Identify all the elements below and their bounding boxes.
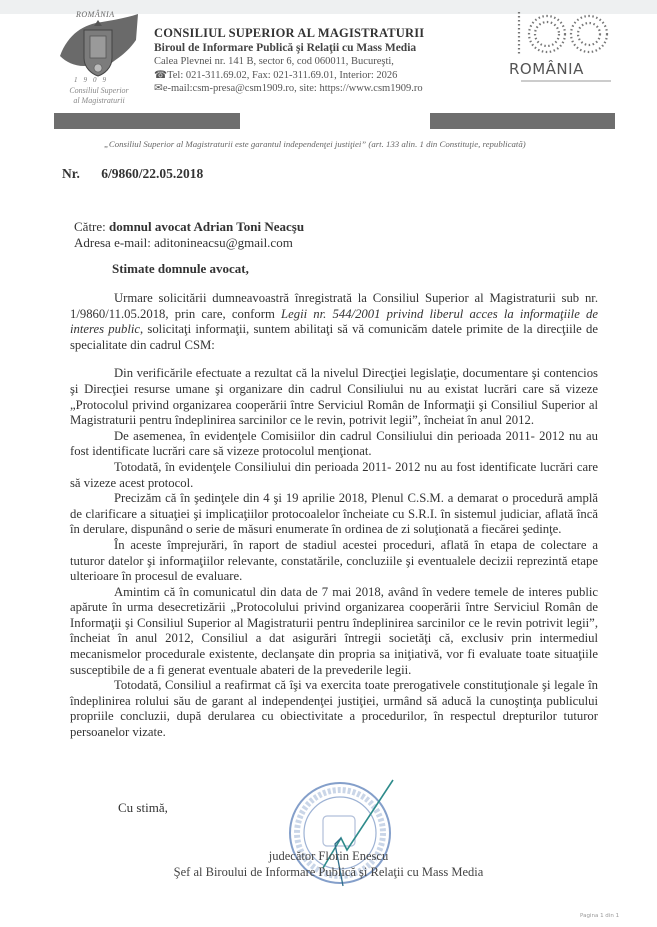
csm-logo: ROMÂNIA 1909 Consiliul Superior al Magis… [54, 6, 144, 112]
email-text: e-mail:csm-presa@csm1909.ro, site: https… [163, 83, 423, 94]
paragraph-communique: Amintim că în comunicatul din data de 7 … [70, 585, 598, 679]
salutation: Stimate domnule avocat, [112, 261, 249, 277]
paragraph-reaffirmation: Totodată, Consiliul a reafirmat că îşi v… [70, 678, 598, 740]
redaction-bar-right [430, 113, 615, 129]
paragraph-council-records: Totodată, în evidenţele Consiliului din … [70, 460, 598, 491]
email-line: ✉e-mail:csm-presa@csm1909.ro, site: http… [154, 82, 424, 96]
motto: „Consiliul Superior al Magistraturii est… [104, 139, 526, 149]
paragraph-procedure-stage: În aceste împrejurări, în raport de stad… [70, 538, 598, 585]
paragraph-plenary: Precizăm că în şedinţele din 4 şi 19 apr… [70, 491, 598, 538]
address: Calea Plevnei nr. 141 B, sector 6, cod 0… [154, 55, 424, 69]
email-icon: ✉ [154, 83, 163, 94]
paragraph-commissions: De asemenea, în evidenţele Comisiilor di… [70, 429, 598, 460]
redaction-bar-left [54, 113, 240, 129]
logo-org-line1: Consiliul Superior [54, 86, 144, 95]
letter-body: Urmare solicitării dumneavoastră înregis… [70, 291, 598, 741]
signatory-name: judecător Florin Enescu [0, 849, 657, 864]
reference-label: Nr. [62, 166, 80, 181]
letterhead: CONSILIUL SUPERIOR AL MAGISTRATURII Biro… [154, 26, 424, 96]
reference-value: 6/9860/22.05.2018 [101, 166, 203, 181]
recipient-email: Adresa e-mail: aditonineacsu@gmail.com [74, 235, 304, 251]
romania-centenary-logo: ROMÂNIA [505, 8, 625, 88]
closing: Cu stimă, [118, 800, 168, 816]
logo-org-line2: al Magistraturii [54, 96, 144, 105]
phone-icon: ☎ [154, 70, 167, 81]
phone-line: ☎Tel: 021-311.69.02, Fax: 021-311.69.01,… [154, 69, 424, 83]
page-number: Pagina 1 din 1 [580, 913, 619, 919]
paragraph-verification: Din verificările efectuate a rezultat că… [70, 366, 598, 428]
paragraph-request: Urmare solicitării dumneavoastră înregis… [70, 291, 598, 353]
recipient-block: Către: domnul avocat Adrian Toni Neacşu … [74, 219, 304, 251]
reference-number: Nr. 6/9860/22.05.2018 [62, 166, 203, 182]
centenary-tagline [521, 80, 611, 82]
phone-text: Tel: 021-311.69.02, Fax: 021-311.69.01, … [167, 70, 397, 81]
logo-year: 1909 [74, 76, 112, 84]
centenary-100-icon [505, 8, 625, 60]
institution-title: CONSILIUL SUPERIOR AL MAGISTRATURII [154, 26, 424, 41]
recipient-label: Către: [74, 219, 106, 234]
centenary-romania-text: ROMÂNIA [509, 60, 584, 78]
department-title: Biroul de Informare Publică şi Relaţii c… [154, 41, 424, 55]
signatory-role: Şef al Biroului de Informare Publică şi … [0, 865, 657, 880]
recipient-name: domnul avocat Adrian Toni Neacşu [109, 219, 304, 234]
